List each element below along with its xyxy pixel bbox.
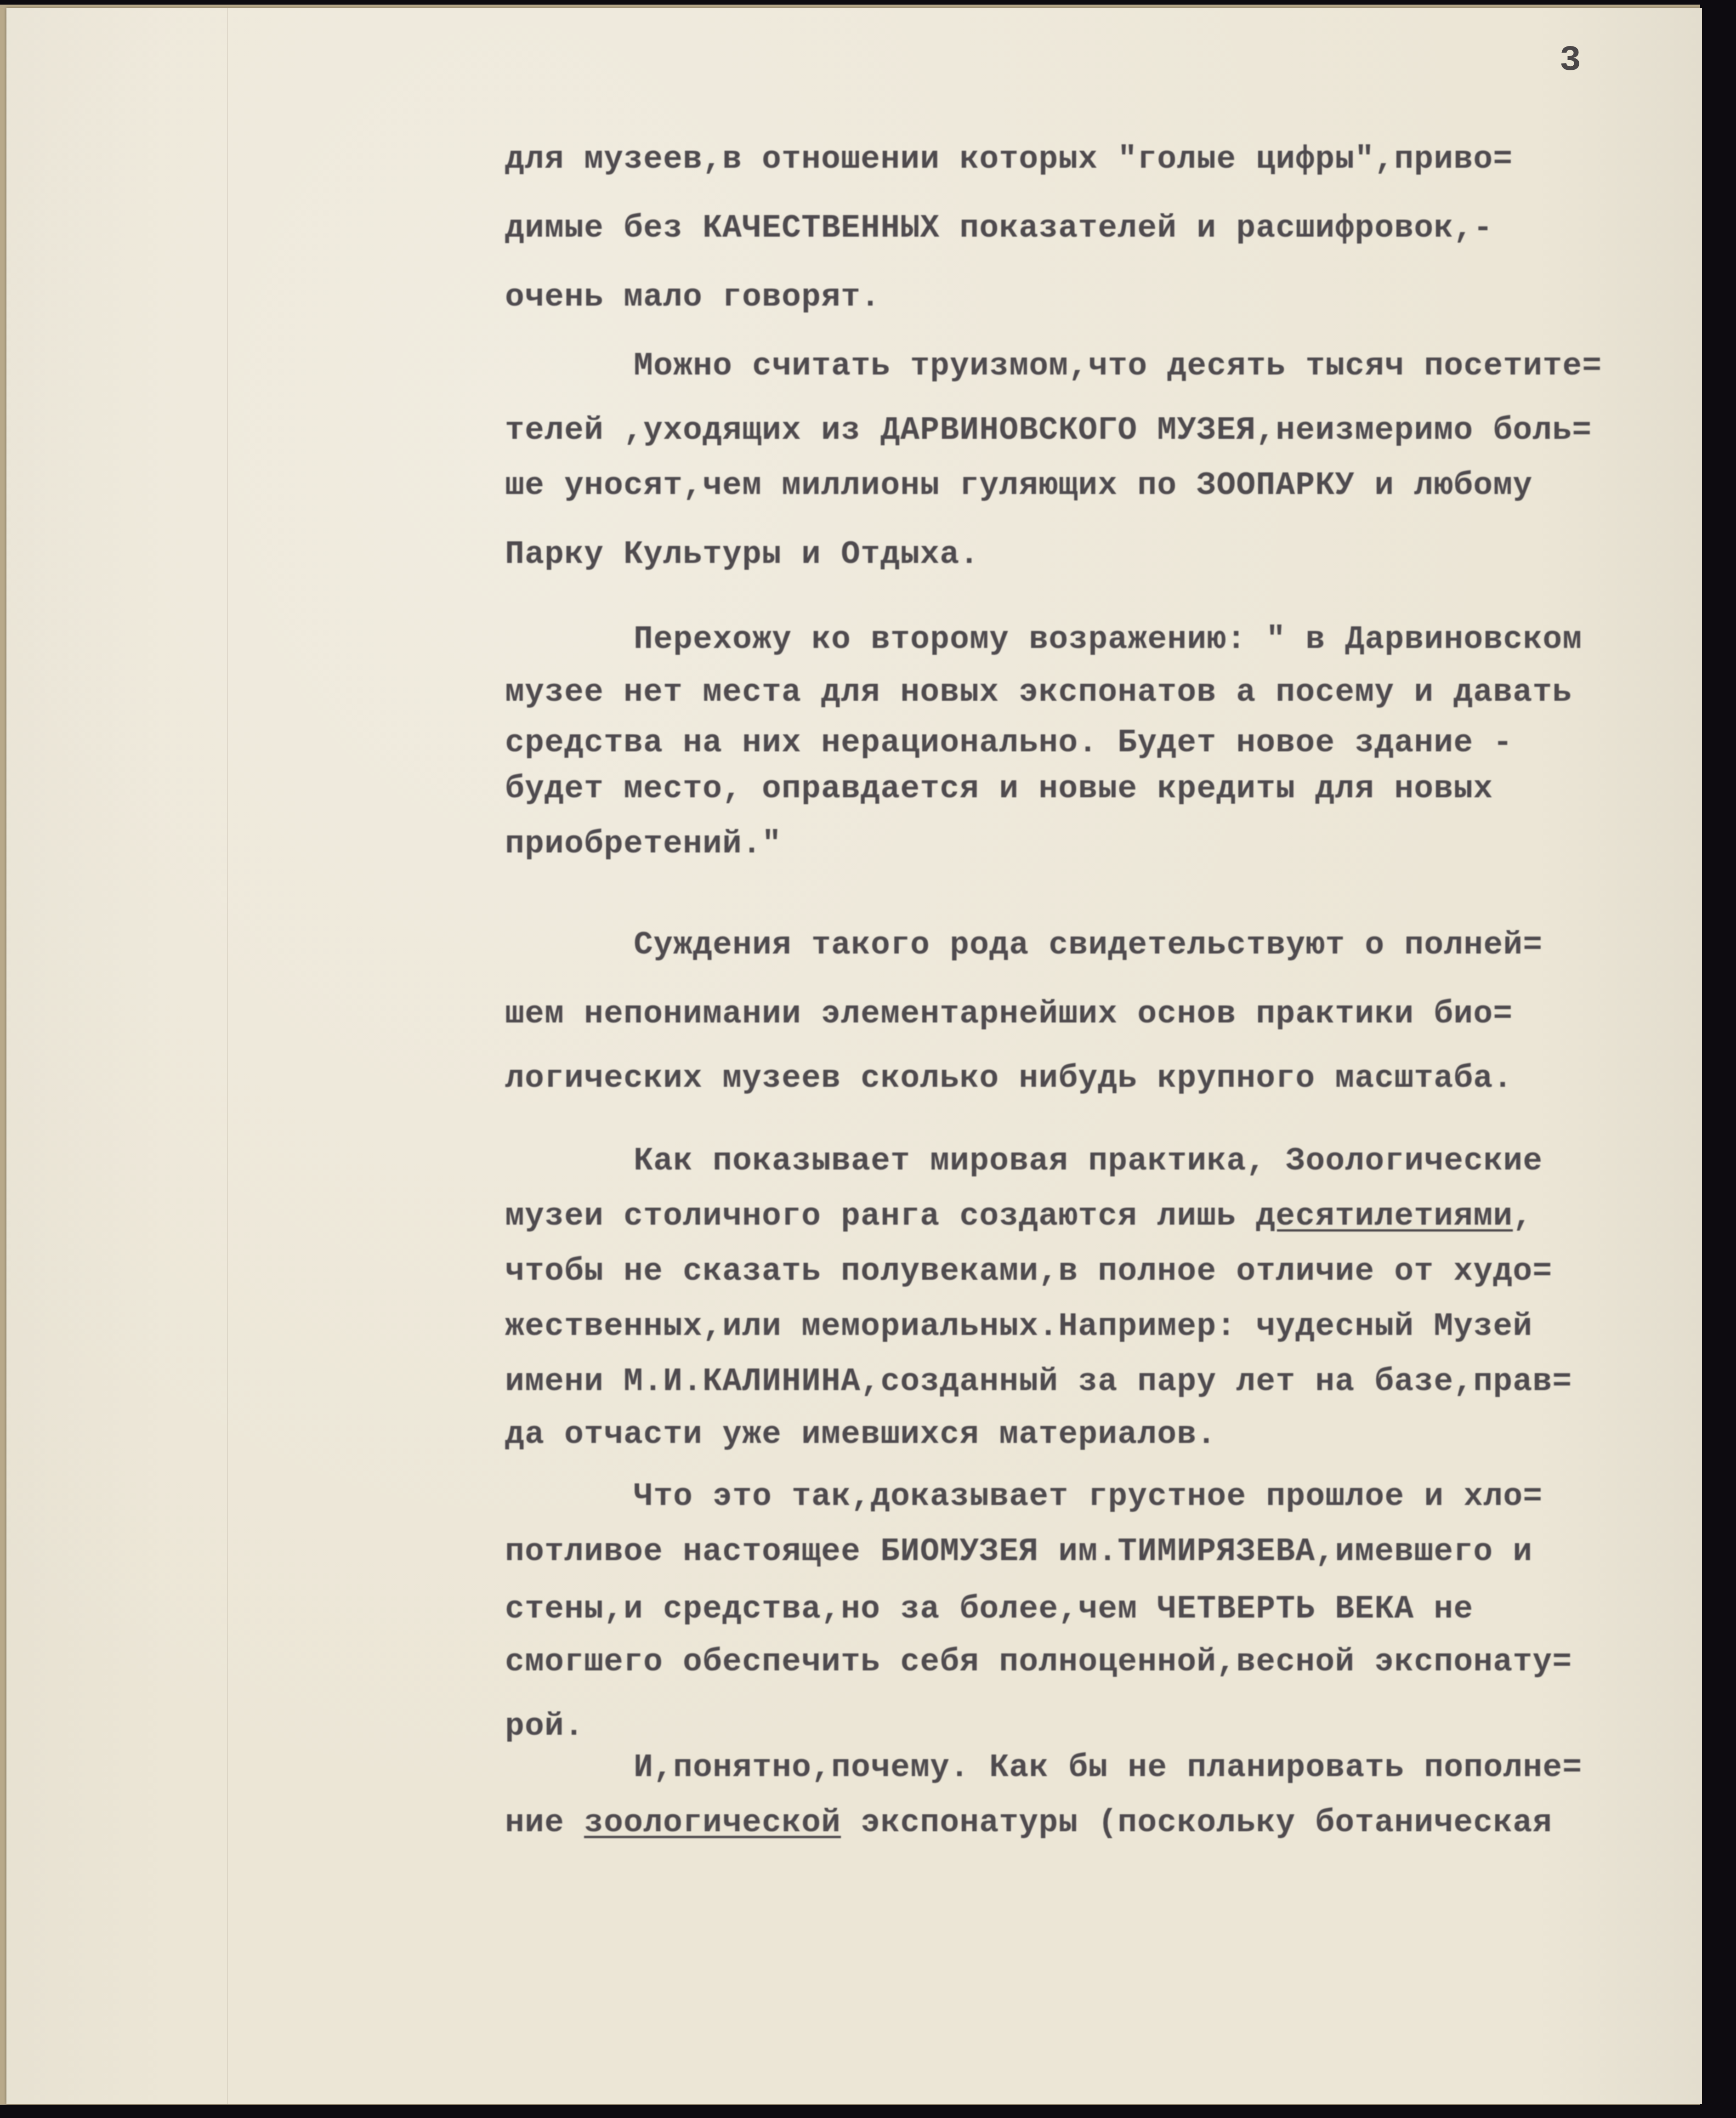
text-line: Можно считать труизмом,что десять тысяч … [634,348,1602,385]
underlined-word: десятилетиями [1256,1198,1513,1235]
text-line: Перехожу ко второму возражению: " в Дарв… [634,622,1582,658]
text-line: ше уносят,чем миллионы гуляющих по ЗООПА… [505,468,1532,504]
text-line: логических музеев сколько нибудь крупног… [505,1061,1513,1097]
text-line: ние зоологической экспонатуры (поскольку… [505,1805,1552,1841]
text-line: будет место, оправдается и новые кредиты… [505,771,1493,807]
text-line: очень мало говорят. [505,279,880,316]
text-line: приобретений." [505,826,782,863]
text-line: музеи столичного ранга создаются лишь де… [505,1198,1532,1235]
fold-line [227,8,228,2104]
page-number: 3 [1560,40,1581,81]
underlined-word: зоологической [584,1805,841,1841]
text-line: Парку Культуры и Отдыха. [505,537,979,573]
text-line: для музеев,в отношении которых "голые ци… [505,142,1513,178]
faint-stamp-mark [1358,1917,1486,1997]
text-line: жественных,или мемориальных.Например: чу… [505,1309,1532,1345]
text-line: шем непонимании элементарнейших основ пр… [505,996,1513,1033]
typewritten-page: 3 для музеев,в отношении которых "голые … [6,8,1702,2104]
text-line: рой. [505,1709,584,1745]
text-line: телей ,уходящих из ДАРВИНОВСКОГО МУЗЕЯ,н… [505,413,1592,449]
text-line: стены,и средства,но за более,чем ЧЕТВЕРТ… [505,1591,1473,1628]
text-line: И,понятно,почему. Как бы не планировать … [634,1750,1582,1786]
text-line: потливое настоящее БИОМУЗЕЯ им.ТИМИРЯЗЕВ… [505,1534,1532,1570]
text-line: Суждения такого рода свидетельствуют о п… [634,927,1543,964]
text-line: да отчасти уже имевшихся материалов. [505,1417,1216,1453]
text-line: имени М.И.КАЛИНИНА,созданный за пару лет… [505,1364,1572,1400]
text-line: средства на них нерационально. Будет нов… [505,725,1513,761]
text-line: димые без КАЧЕСТВЕННЫХ показателей и рас… [505,210,1493,247]
text-line: чтобы не сказать полувеками,в полное отл… [505,1254,1552,1290]
text-line: музее нет места для новых экспонатов а п… [505,675,1572,711]
text-line: смогшего обеспечить себя полноценной,вес… [505,1644,1572,1681]
text-line: Что это так,доказывает грустное прошлое … [634,1479,1543,1515]
text-line: Как показывает мировая практика, Зоологи… [634,1143,1543,1180]
